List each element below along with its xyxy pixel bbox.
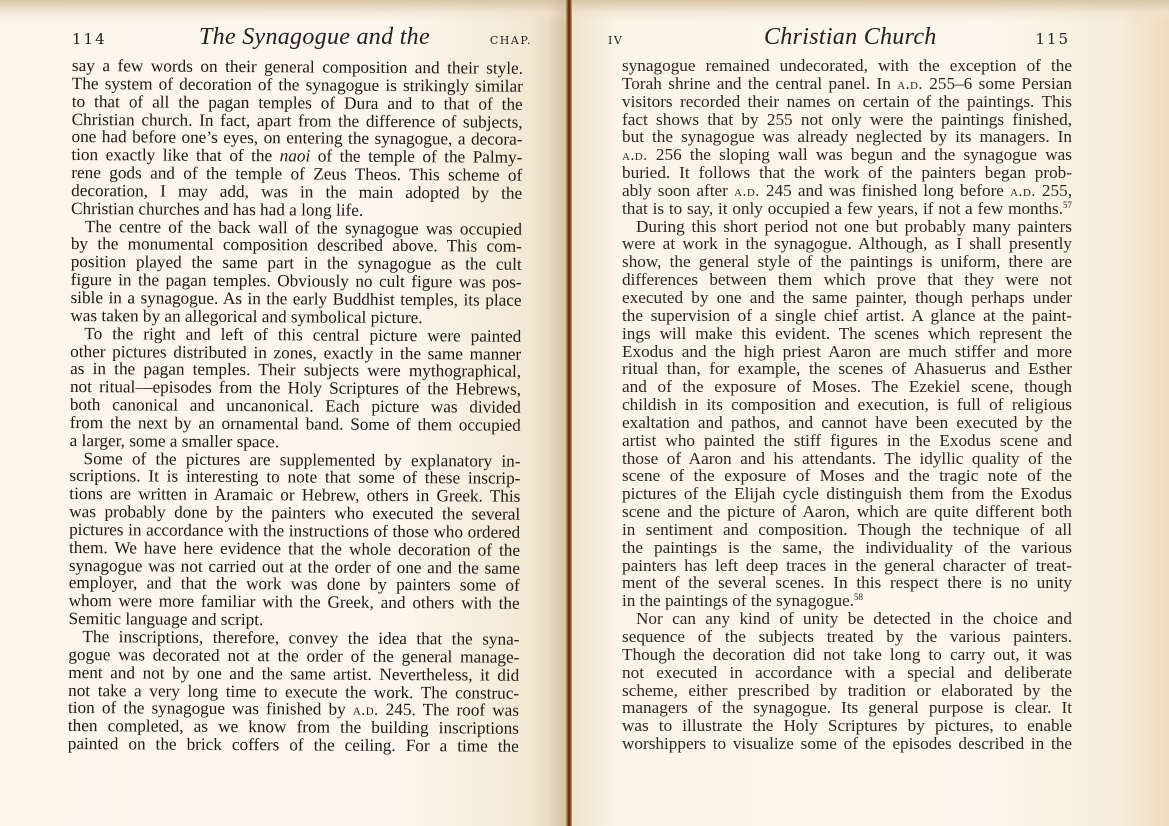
text-line: Though the decoration did not take long … [622, 646, 1072, 664]
text-line: ably soon after a.d. 245 and was finishe… [622, 182, 1072, 200]
text-line: scene and the picture of Aaron, which ar… [622, 503, 1072, 521]
text-line: but the synagogue was already neglected … [622, 128, 1072, 146]
text-line: differences between them which prove tha… [622, 271, 1072, 289]
text-line: painters has left deep traces in the gen… [622, 557, 1072, 575]
text-line: visitors recorded their names on certain… [622, 93, 1072, 111]
text-line: synagogue remained undecorated, with the… [622, 57, 1072, 75]
text-line: pictures of the Elijah cycle distinguish… [622, 485, 1072, 503]
text-line: not executed in accordance with a specia… [622, 664, 1072, 682]
footnote-marker: 58 [854, 592, 863, 602]
left-page: 114 The Synagogue and the CHAP. say a fe… [0, 0, 566, 826]
text-line: the paintings is the same, the individua… [622, 539, 1072, 557]
text-line: ritual than, for example, the scenes of … [622, 360, 1072, 378]
left-page-number: 114 [72, 30, 107, 48]
right-chapter-label: IV [608, 34, 623, 47]
text-line: scene of the exposure of Moses and the t… [622, 467, 1072, 485]
left-running-title: The Synagogue and the [199, 24, 430, 51]
right-running-title: Christian Church [764, 24, 937, 51]
text-line: executed by one and the same painter, th… [622, 289, 1072, 307]
left-body-text: say a few words on their general composi… [68, 57, 523, 756]
text-line: worshippers to visualize some of the epi… [622, 735, 1072, 753]
left-chapter-label: CHAP. [490, 34, 532, 47]
text-line: was to illustrate the Holy Scriptures by… [622, 717, 1072, 735]
text-line: painted on the brick coffers of the ceil… [68, 735, 519, 756]
text-line: Torah shrine and the central panel. In a… [622, 75, 1072, 93]
text-line: childish in its composition and executio… [622, 396, 1072, 414]
text-line: managers of the synagogue. Its general p… [622, 699, 1072, 717]
book-spread: 114 The Synagogue and the CHAP. say a fe… [0, 0, 1169, 826]
text-line: artist who painted the stiff figures in … [622, 432, 1072, 450]
text-line: Nor can any kind of unity be detected in… [622, 610, 1072, 628]
text-line: those of Aaron and his attendants. The i… [622, 450, 1072, 468]
text-line: that is to say, it only occupied a few y… [622, 200, 1072, 218]
gutter-shadow [548, 0, 566, 826]
text-line: buried. It follows that the work of the … [622, 164, 1072, 182]
text-line: were at work in the synagogue. Although,… [622, 235, 1072, 253]
text-line: in the paintings of the synagogue.58 [622, 592, 1072, 610]
text-line: exaltation and pathos, and cannot have b… [622, 414, 1072, 432]
text-line: the supervision of a single chief artist… [622, 307, 1072, 325]
text-line: sequence of the subjects treated by the … [622, 628, 1072, 646]
left-running-head: 114 The Synagogue and the CHAP. [72, 26, 532, 52]
right-page-number: 115 [1035, 30, 1070, 48]
text-line: fact shows that by 255 not only were the… [622, 111, 1072, 129]
right-running-head: IV Christian Church 115 [608, 26, 1070, 52]
footnote-marker: 57 [1063, 200, 1072, 210]
text-line: During this short period not one but pro… [622, 218, 1072, 236]
text-line: ings will make this evident. The scenes … [622, 325, 1072, 343]
text-line: scheme, either prescribed by tradition o… [622, 682, 1072, 700]
top-shadow [0, 0, 566, 22]
right-page: IV Christian Church 115 synagogue remain… [572, 0, 1169, 826]
text-line: in sentiment and composition. Though the… [622, 521, 1072, 539]
text-line: ment of the several scenes. In this resp… [622, 574, 1072, 592]
top-shadow [572, 0, 1169, 22]
text-line: Exodus and the high priest Aaron are muc… [622, 343, 1072, 361]
text-line: a.d. 256 the sloping wall was begun and … [622, 146, 1072, 164]
text-line: and of the exposure of Moses. The Ezekie… [622, 378, 1072, 396]
right-body-text: synagogue remained undecorated, with the… [622, 57, 1072, 753]
text-line: show, the general style of the paintings… [622, 253, 1072, 271]
